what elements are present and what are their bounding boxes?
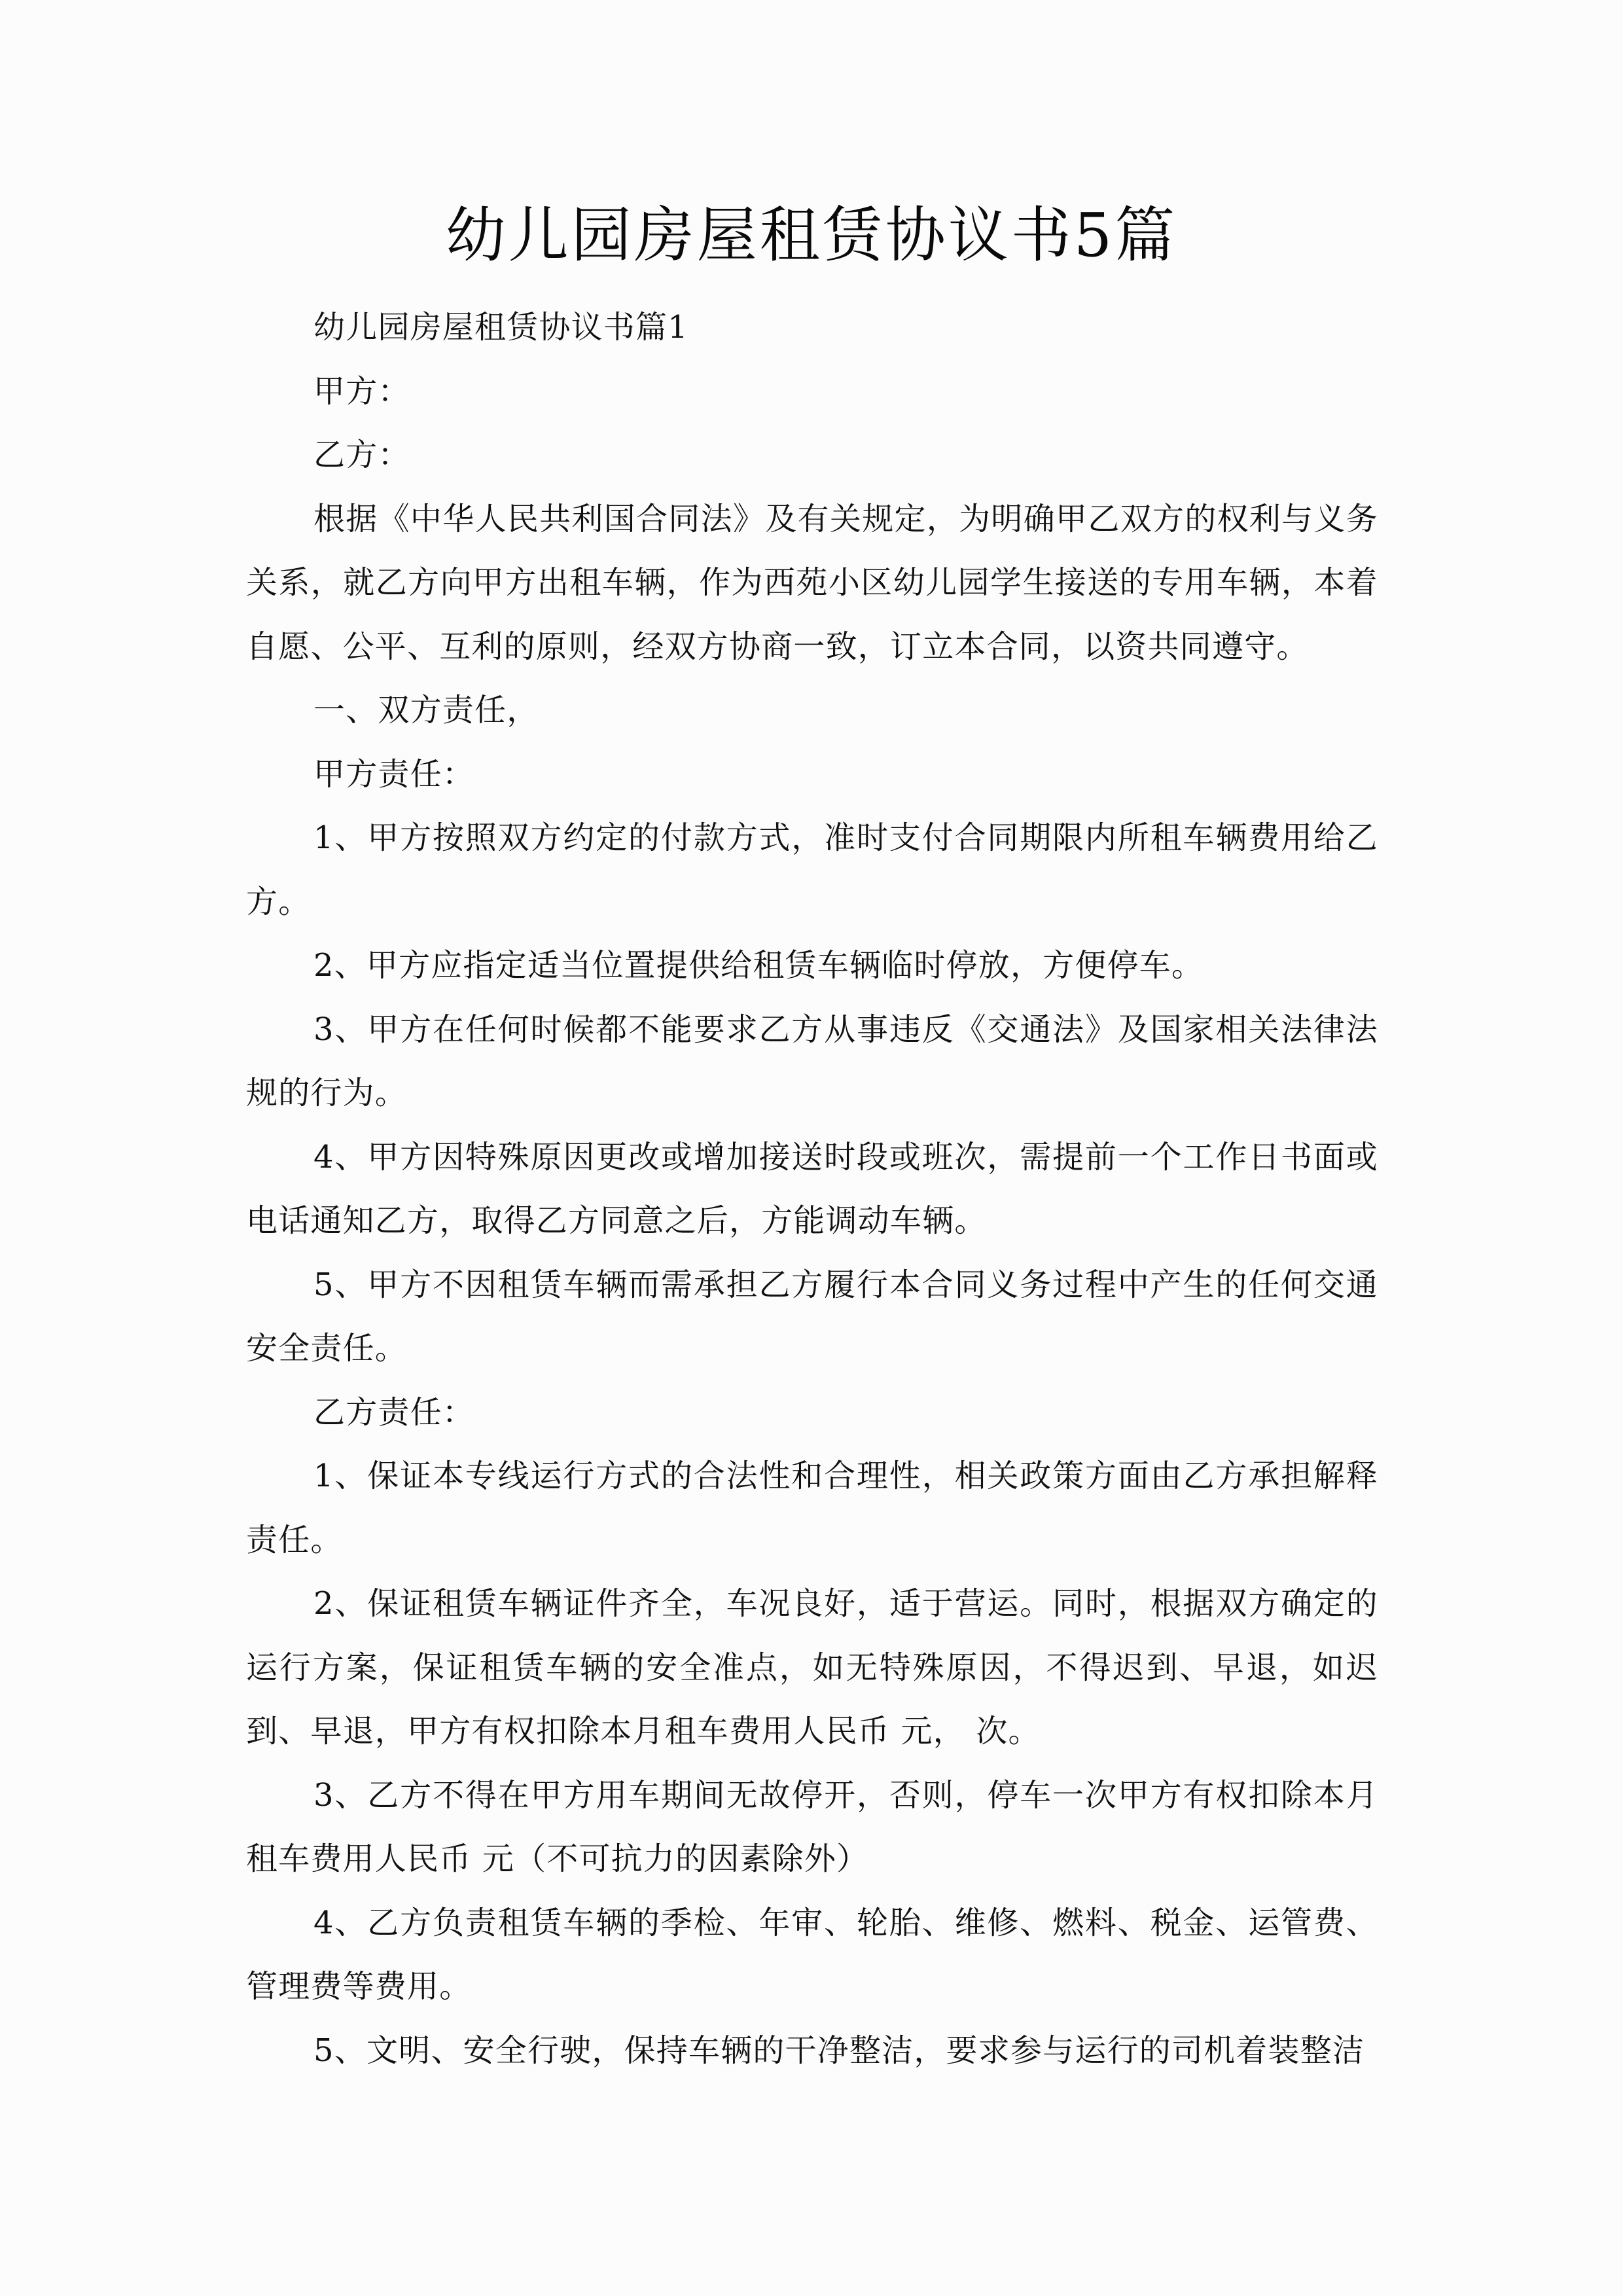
party-b-duty-5: 5、文明、安全行驶，保持车辆的干净整洁，要求参与运行的司机着装整洁: [246, 2019, 1378, 2083]
section-heading: 幼儿园房屋租赁协议书篇1: [246, 296, 1378, 360]
party-a-duty-5: 5、甲方不因租赁车辆而需承担乙方履行本合同义务过程中产生的任何交通安全责任。: [246, 1253, 1378, 1381]
party-b-label: 乙方：: [246, 423, 1378, 488]
document-body: 幼儿园房屋租赁协议书篇1 甲方： 乙方： 根据《中华人民共利国合同法》及有关规定…: [246, 296, 1378, 2083]
preamble-paragraph: 根据《中华人民共利国合同法》及有关规定，为明确甲乙双方的权利与义务关系，就乙方向…: [246, 488, 1378, 679]
party-a-duties-heading: 甲方责任：: [246, 743, 1378, 807]
party-a-duty-3: 3、甲方在任何时候都不能要求乙方从事违反《交通法》及国家相关法律法规的行为。: [246, 998, 1378, 1126]
party-b-duty-1: 1、保证本专线运行方式的合法性和合理性，相关政策方面由乙方承担解释责任。: [246, 1444, 1378, 1572]
party-a-label: 甲方：: [246, 360, 1378, 424]
document-title: 幼儿园房屋租赁协议书5篇: [0, 196, 1623, 275]
party-a-duty-2: 2、甲方应指定适当位置提供给租赁车辆临时停放，方便停车。: [246, 934, 1378, 998]
party-b-duties-heading: 乙方责任：: [246, 1381, 1378, 1445]
party-b-duty-4: 4、乙方负责租赁车辆的季检、年审、轮胎、维修、燃料、税金、运管费、管理费等费用。: [246, 1892, 1378, 2019]
party-b-duty-3: 3、乙方不得在甲方用车期间无故停开，否则，停车一次甲方有权扣除本月租车费用人民币…: [246, 1764, 1378, 1892]
party-a-duty-4: 4、甲方因特殊原因更改或增加接送时段或班次，需提前一个工作日书面或电话通知乙方，…: [246, 1126, 1378, 1253]
document-page: 幼儿园房屋租赁协议书5篇 幼儿园房屋租赁协议书篇1 甲方： 乙方： 根据《中华人…: [0, 0, 1623, 2296]
party-a-duty-1: 1、甲方按照双方约定的付款方式，准时支付合同期限内所租车辆费用给乙方。: [246, 806, 1378, 934]
clause-heading: 一、双方责任，: [246, 679, 1378, 743]
party-b-duty-2: 2、保证租赁车辆证件齐全，车况良好，适于营运。同时，根据双方确定的运行方案，保证…: [246, 1572, 1378, 1764]
